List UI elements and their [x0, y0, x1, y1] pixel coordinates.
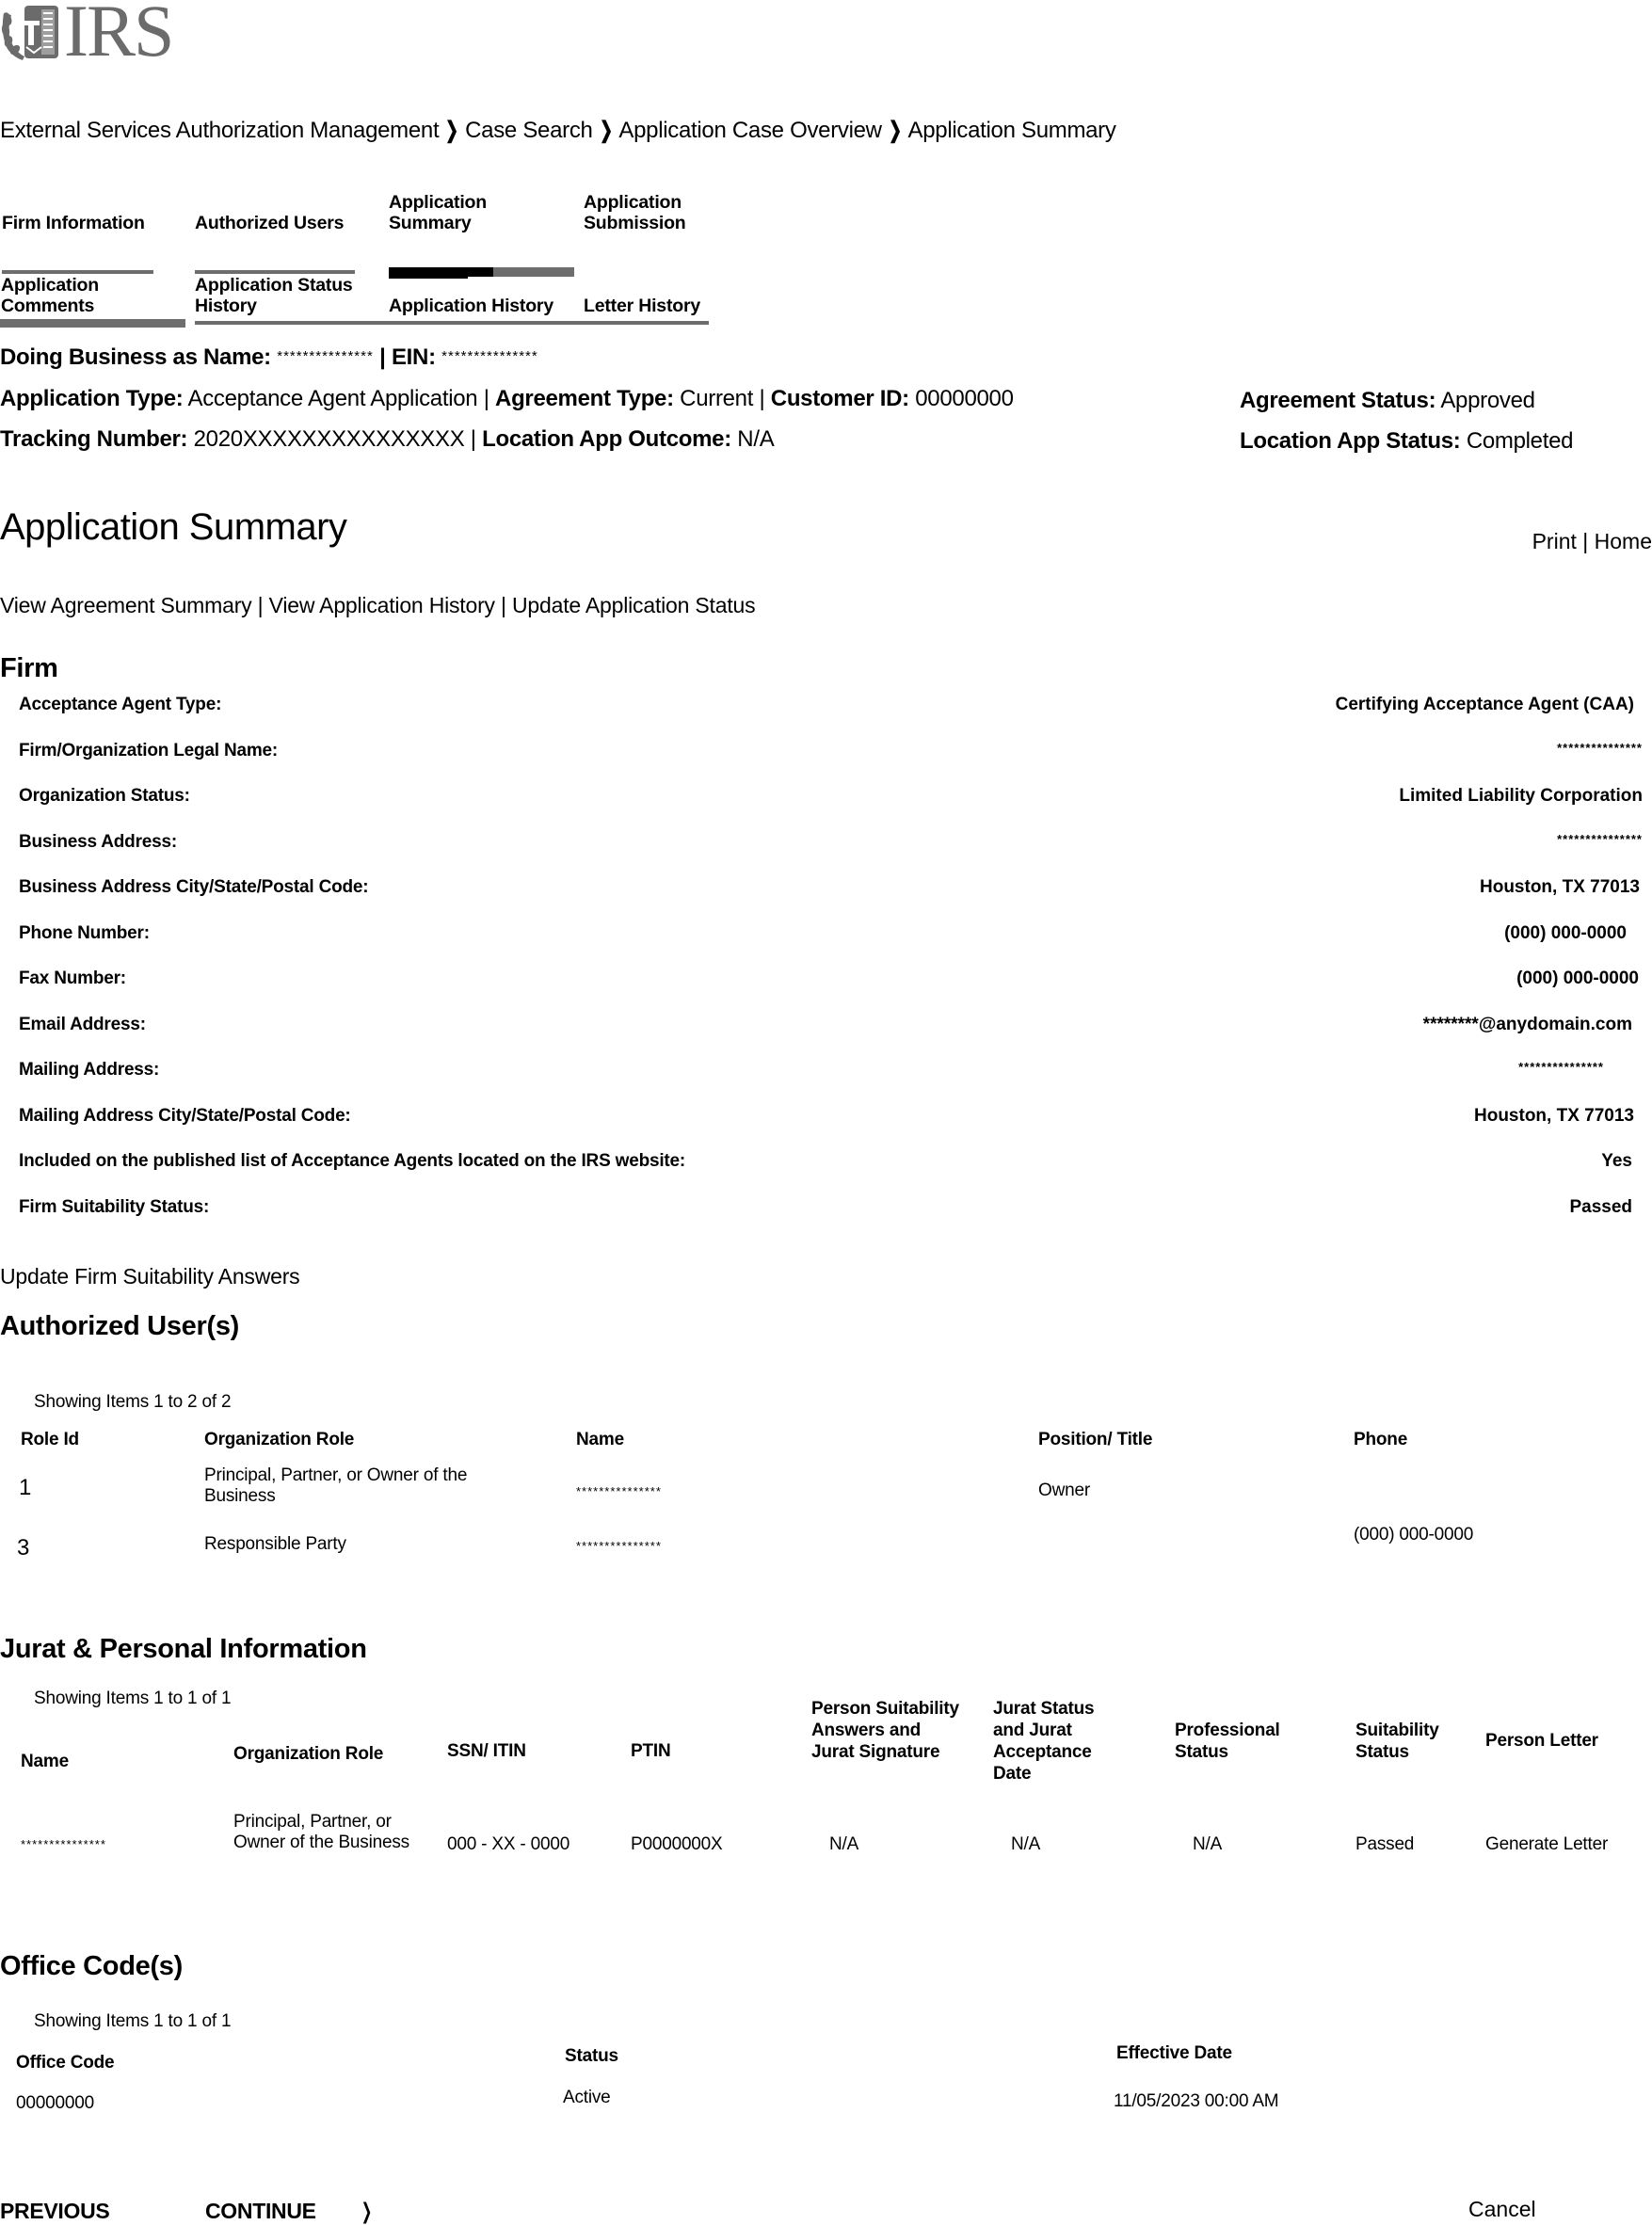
header-tracking: Tracking Number: 2020XXXXXXXXXXXXXXX | L…: [0, 426, 774, 453]
update-firm-suitability-link[interactable]: Update Firm Suitability Answers: [0, 1264, 299, 1289]
col-header-person-suitability: Person Suitability Answers and Jurat Sig…: [811, 1698, 962, 1763]
ein-label: EIN:: [392, 344, 436, 370]
customer-id-label: Customer ID:: [771, 386, 909, 411]
tracking-number-value: 2020XXXXXXXXXXXXXXX: [194, 426, 465, 452]
header-dba-ein: Doing Business as Name: *************** …: [0, 344, 538, 371]
firm-field-label: Mailing Address:: [19, 1060, 159, 1080]
col-header-person-letter: Person Letter: [1485, 1730, 1598, 1752]
chevron-right-icon: ❯: [889, 117, 902, 144]
tab-authorized-users[interactable]: Authorized Users: [195, 213, 344, 233]
view-agreement-summary-link[interactable]: View Agreement Summary: [0, 593, 251, 617]
firm-field-value: Certifying Acceptance Agent (CAA): [1336, 695, 1634, 715]
col-header-ssn-itin: SSN/ ITIN: [447, 1740, 526, 1762]
breadcrumb-esam[interactable]: External Services Authorization Manageme…: [0, 118, 439, 143]
location-app-outcome-label: Location App Outcome:: [482, 426, 731, 452]
firm-field-label: Business Address:: [19, 832, 177, 853]
jurat-status: N/A: [1011, 1834, 1040, 1855]
chevron-right-icon: ❯: [600, 117, 613, 144]
col-header-professional-status: Professional Status: [1175, 1720, 1307, 1763]
chevron-right-icon: ❯: [361, 2199, 372, 2224]
application-type-value: Acceptance Agent Application: [188, 386, 478, 411]
col-header-phone: Phone: [1354, 1429, 1407, 1450]
effective-date: 11/05/2023 00:00 AM: [1114, 2091, 1278, 2112]
user-name: ***************: [576, 1536, 662, 1557]
office-codes-section-title: Office Code(s): [0, 1951, 183, 1982]
tab-application-status-history[interactable]: Application Status History: [195, 275, 353, 316]
generate-letter-link[interactable]: Generate Letter: [1485, 1834, 1608, 1855]
print-link[interactable]: Print: [1532, 529, 1577, 553]
firm-field-value: ***************: [1557, 741, 1643, 755]
phone: (000) 000-0000: [1354, 1525, 1473, 1545]
tab-underline: [2, 270, 153, 274]
col-header-position-title: Position/ Title: [1038, 1429, 1152, 1450]
tab-letter-history[interactable]: Letter History: [584, 296, 700, 316]
authorized-users-showing-count: Showing Items 1 to 2 of 2: [34, 1392, 231, 1413]
tracking-number-label: Tracking Number:: [0, 426, 187, 452]
dba-label: Doing Business as Name:: [0, 344, 271, 370]
organization-role: Principal, Partner, or Owner of the Busi…: [233, 1812, 431, 1853]
tab-underline: [195, 270, 355, 274]
firm-field-label: Firm Suitability Status:: [19, 1197, 209, 1218]
professional-status: N/A: [1193, 1834, 1222, 1855]
home-link[interactable]: Home: [1595, 529, 1652, 553]
col-header-jurat-status: Jurat Status and Jurat Acceptance Date: [993, 1698, 1125, 1785]
office-code: 00000000: [16, 2093, 94, 2114]
location-app-status-value: Completed: [1467, 428, 1573, 454]
header-application-type: Application Type: Acceptance Agent Appli…: [0, 386, 1014, 412]
firm-field-label: Fax Number:: [19, 968, 126, 989]
col-header-ptin: PTIN: [631, 1740, 670, 1762]
page-title: Application Summary: [0, 506, 346, 549]
chevron-right-icon: ❯: [445, 117, 458, 144]
breadcrumb-current: Application Summary: [908, 118, 1116, 143]
location-app-status-label: Location App Status:: [1240, 428, 1460, 454]
irs-eagle-seal-icon: [0, 0, 62, 62]
print-home-links: Print | Home: [1532, 529, 1652, 554]
firm-section-title: Firm: [0, 653, 58, 684]
jurat-section-title: Jurat & Personal Information: [0, 1634, 367, 1665]
location-app-outcome-value: N/A: [737, 426, 774, 452]
previous-button[interactable]: PREVIOUS: [0, 2199, 109, 2224]
tab-application-comments[interactable]: Application Comments: [1, 275, 99, 316]
firm-field-value: Yes: [1601, 1151, 1632, 1172]
role-id: 1: [19, 1478, 31, 1498]
col-header-suitability-status: Suitability Status: [1355, 1720, 1468, 1763]
continue-button[interactable]: CONTINUE ❯: [205, 2199, 376, 2224]
col-header-name: Name: [576, 1429, 624, 1450]
col-header-status: Status: [565, 2045, 618, 2067]
continue-label: CONTINUE: [205, 2199, 316, 2223]
header-location-app-status: Location App Status: Completed: [1240, 428, 1573, 455]
organization-role: Responsible Party: [204, 1534, 346, 1555]
role-id: 3: [17, 1538, 29, 1559]
tab-application-summary[interactable]: Application Summary: [389, 192, 487, 233]
person-name: ***************: [21, 1834, 106, 1855]
customer-id-value: 00000000: [915, 386, 1013, 411]
breadcrumb-case-search[interactable]: Case Search: [465, 118, 592, 143]
tab-application-history[interactable]: Application History: [389, 296, 553, 316]
logo-text: IRS: [64, 0, 172, 62]
firm-field-value: Houston, TX 77013: [1480, 877, 1640, 898]
header-agreement-status: Agreement Status: Approved: [1240, 388, 1535, 414]
update-application-status-link[interactable]: Update Application Status: [512, 593, 755, 617]
view-application-history-link[interactable]: View Application History: [269, 593, 495, 617]
tab-underline: [195, 321, 709, 325]
firm-field-label: Firm/Organization Legal Name:: [19, 741, 278, 761]
person-suitability: N/A: [829, 1834, 858, 1855]
col-header-name: Name: [21, 1751, 69, 1772]
ssn-itin: 000 - XX - 0000: [447, 1834, 569, 1855]
application-type-label: Application Type:: [0, 386, 183, 411]
col-header-organization-role: Organization Role: [233, 1743, 383, 1765]
firm-field-label: Phone Number:: [19, 923, 150, 944]
tab-underline-thick: [0, 319, 185, 328]
firm-field-value: Passed: [1569, 1197, 1632, 1218]
firm-field-value: ***************: [1518, 1060, 1604, 1074]
breadcrumb-application-case-overview[interactable]: Application Case Overview: [618, 118, 881, 143]
authorized-users-section-title: Authorized User(s): [0, 1311, 239, 1342]
firm-field-label: Mailing Address City/State/Postal Code:: [19, 1106, 351, 1127]
separator: |: [379, 344, 385, 370]
firm-field-label: Acceptance Agent Type:: [19, 695, 221, 715]
col-header-organization-role: Organization Role: [204, 1429, 354, 1450]
col-header-role-id: Role Id: [21, 1429, 79, 1450]
firm-field-value: Limited Liability Corporation: [1399, 786, 1643, 807]
suitability-status: Passed: [1355, 1834, 1414, 1855]
tab-active-indicator-fill: [389, 273, 468, 279]
breadcrumb: External Services Authorization Manageme…: [0, 117, 1116, 144]
firm-field-label: Business Address City/State/Postal Code:: [19, 877, 368, 898]
firm-field-label: Included on the published list of Accept…: [19, 1151, 685, 1172]
jurat-showing-count: Showing Items 1 to 1 of 1: [34, 1689, 231, 1709]
firm-field-label: Email Address:: [19, 1015, 146, 1035]
firm-field-value: ********@anydomain.com: [1423, 1015, 1632, 1035]
firm-field-value: ***************: [1557, 832, 1643, 846]
agreement-status-value: Approved: [1440, 388, 1534, 413]
page-actions: View Agreement Summary | View Applicatio…: [0, 593, 755, 618]
organization-role: Principal, Partner, or Owner of the Busi…: [204, 1465, 524, 1507]
cancel-button[interactable]: Cancel: [1468, 2197, 1536, 2222]
dba-value: ***************: [277, 348, 374, 364]
user-name: ***************: [576, 1481, 662, 1502]
office-codes-showing-count: Showing Items 1 to 1 of 1: [34, 2011, 231, 2032]
ptin: P0000000X: [631, 1834, 723, 1855]
office-status: Active: [563, 2088, 611, 2108]
irs-logo[interactable]: IRS: [0, 0, 188, 62]
tab-firm-information[interactable]: Firm Information: [2, 213, 145, 233]
ein-value: ***************: [441, 348, 538, 364]
tab-application-submission[interactable]: Application Submission: [584, 192, 686, 233]
agreement-type-value: Current: [680, 386, 753, 411]
agreement-status-label: Agreement Status:: [1240, 388, 1435, 413]
agreement-type-label: Agreement Type:: [495, 386, 674, 411]
firm-field-value: Houston, TX 77013: [1474, 1106, 1634, 1127]
firm-field-label: Organization Status:: [19, 786, 190, 807]
col-header-office-code: Office Code: [16, 2052, 114, 2073]
firm-field-value: (000) 000-0000: [1516, 968, 1639, 989]
col-header-effective-date: Effective Date: [1116, 2042, 1232, 2064]
firm-field-value: (000) 000-0000: [1504, 923, 1627, 944]
position-title: Owner: [1038, 1481, 1090, 1501]
